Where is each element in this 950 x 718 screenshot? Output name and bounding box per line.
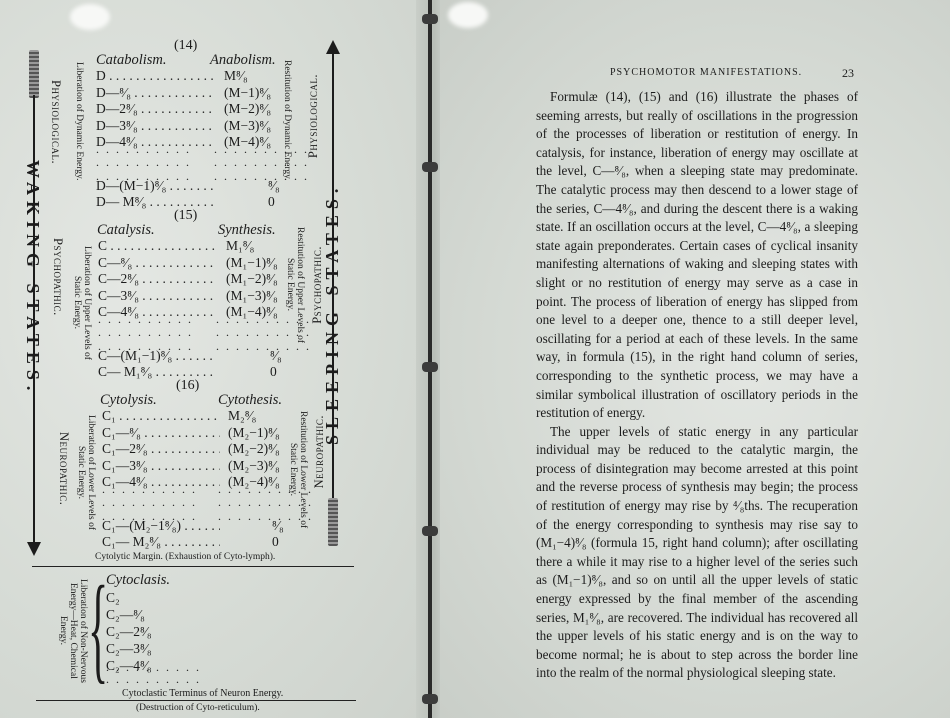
- formula-right-term: (M−2)⁸⁄₈: [224, 101, 271, 117]
- column-head: Anabolism.: [210, 52, 276, 69]
- left-page: WAKING STATES. Physiological. Psychopath…: [0, 0, 420, 718]
- cytoclasis-term: C₂—2⁸⁄₈: [106, 624, 152, 640]
- formula-right-term: ⁸⁄₈: [270, 348, 282, 364]
- divider-rule: [36, 700, 356, 701]
- paragraph: The upper levels of static energy in any…: [536, 423, 858, 683]
- binding-thread: [428, 0, 432, 718]
- destruction-caption: (Destruction of Cyto-reticulum).: [136, 703, 260, 713]
- binding-knot: [422, 526, 438, 536]
- ellipsis-row: . . . . . . . . . .: [216, 339, 311, 354]
- formula-right-term: ⁸⁄₈: [272, 518, 284, 534]
- sleeping-states-label: SLEEPING STATES.: [322, 145, 343, 445]
- binding-knot: [422, 14, 438, 24]
- formula-right-term: 0: [272, 534, 279, 550]
- cytoclastic-terminus-caption: Cytoclastic Terminus of Neuron Energy.: [122, 688, 283, 699]
- formula-right-term: (M₁−3)⁸⁄₈: [226, 288, 278, 304]
- formula-right-term: (M−3)⁸⁄₈: [224, 118, 271, 134]
- page-number: 23: [842, 66, 854, 81]
- formula-right-term: (M₂−3)⁸⁄₈: [228, 458, 280, 474]
- column-head: Synthesis.: [218, 222, 276, 239]
- running-head: PSYCHOMOTOR MANIFESTATIONS.: [610, 67, 802, 78]
- formula-right-term: ⁸⁄₈: [268, 178, 280, 194]
- ellipsis-row: . . . . . . . . . .: [218, 509, 313, 524]
- binding-knot: [422, 362, 438, 372]
- formula-right-term: (M−1)⁸⁄₈: [224, 85, 271, 101]
- paragraph: Formulæ (14), (15) and (16) illustrate t…: [536, 88, 858, 423]
- formula-right-term: 0: [270, 364, 277, 380]
- formula-right-term: M₁⁸⁄₈: [226, 238, 254, 254]
- waking-states-label: WAKING STATES.: [22, 160, 43, 430]
- cytoclasis-term: C₂—⁸⁄₈: [106, 607, 145, 623]
- column-head: Catalysis.: [97, 222, 155, 239]
- column-head: Catabolism.: [96, 52, 167, 69]
- formula-left-term: D— M⁸⁄₈: [96, 194, 214, 214]
- label-liberation-non-nervous: Liberation of Non-Nervous Energy—Heat, C…: [58, 572, 88, 690]
- label-physiological-left: Physiological.: [48, 80, 63, 164]
- ellipsis-row: . . . . . . . . . .: [214, 169, 309, 184]
- column-head: Cytoclasis.: [106, 572, 170, 589]
- label-psychopathic-left: Psychopathic.: [50, 238, 65, 316]
- right-page: PSYCHOMOTOR MANIFESTATIONS. 23 Formulæ (…: [440, 0, 950, 718]
- body-text: Formulæ (14), (15) and (16) illustrate t…: [536, 88, 858, 683]
- ellipsis-row: . . . . . . . . . .: [106, 672, 201, 687]
- formula-number: (14): [174, 38, 197, 54]
- label-liberation-lower: Liberation of Lower Levels of Static Ene…: [76, 410, 96, 535]
- cytoclasis-term: C₂—3⁸⁄₈: [106, 641, 152, 657]
- formula-right-term: 0: [268, 194, 275, 210]
- formula-right-term: M⁸⁄₈: [224, 68, 248, 84]
- formula-left-term: C₁— M₂⁸⁄₈: [102, 534, 220, 554]
- arrow-feather-icon: [328, 498, 338, 546]
- punch-hole: [448, 2, 488, 28]
- formula-right-term: (M₁−1)⁸⁄₈: [226, 255, 278, 271]
- label-neuropathic-left: Neuropathic.: [56, 432, 71, 505]
- column-head: Cytothesis.: [218, 392, 282, 409]
- formula-right-term: (M₂−2)⁸⁄₈: [228, 441, 280, 457]
- punch-hole: [70, 4, 110, 30]
- formula-right-term: (M₂−1)⁸⁄₈: [228, 425, 280, 441]
- arrow-feather-icon: [29, 50, 39, 98]
- divider-rule: [32, 566, 354, 567]
- label-liberation-upper: Liberation of Upper Levels of Static Ene…: [72, 240, 92, 365]
- label-liberation-dynamic: Liberation of Dynamic Energy.: [74, 62, 84, 180]
- cytoclasis-term: C₂: [106, 590, 120, 606]
- formula-right-term: M₂⁸⁄₈: [228, 408, 256, 424]
- column-head: Cytolysis.: [100, 392, 157, 409]
- binding-knot: [422, 162, 438, 172]
- arrow-down-icon: [27, 542, 41, 556]
- formula-right-term: (M₁−2)⁸⁄₈: [226, 271, 278, 287]
- formula-left-term: C— M₁⁸⁄₈: [98, 364, 216, 384]
- binding-knot: [422, 694, 438, 704]
